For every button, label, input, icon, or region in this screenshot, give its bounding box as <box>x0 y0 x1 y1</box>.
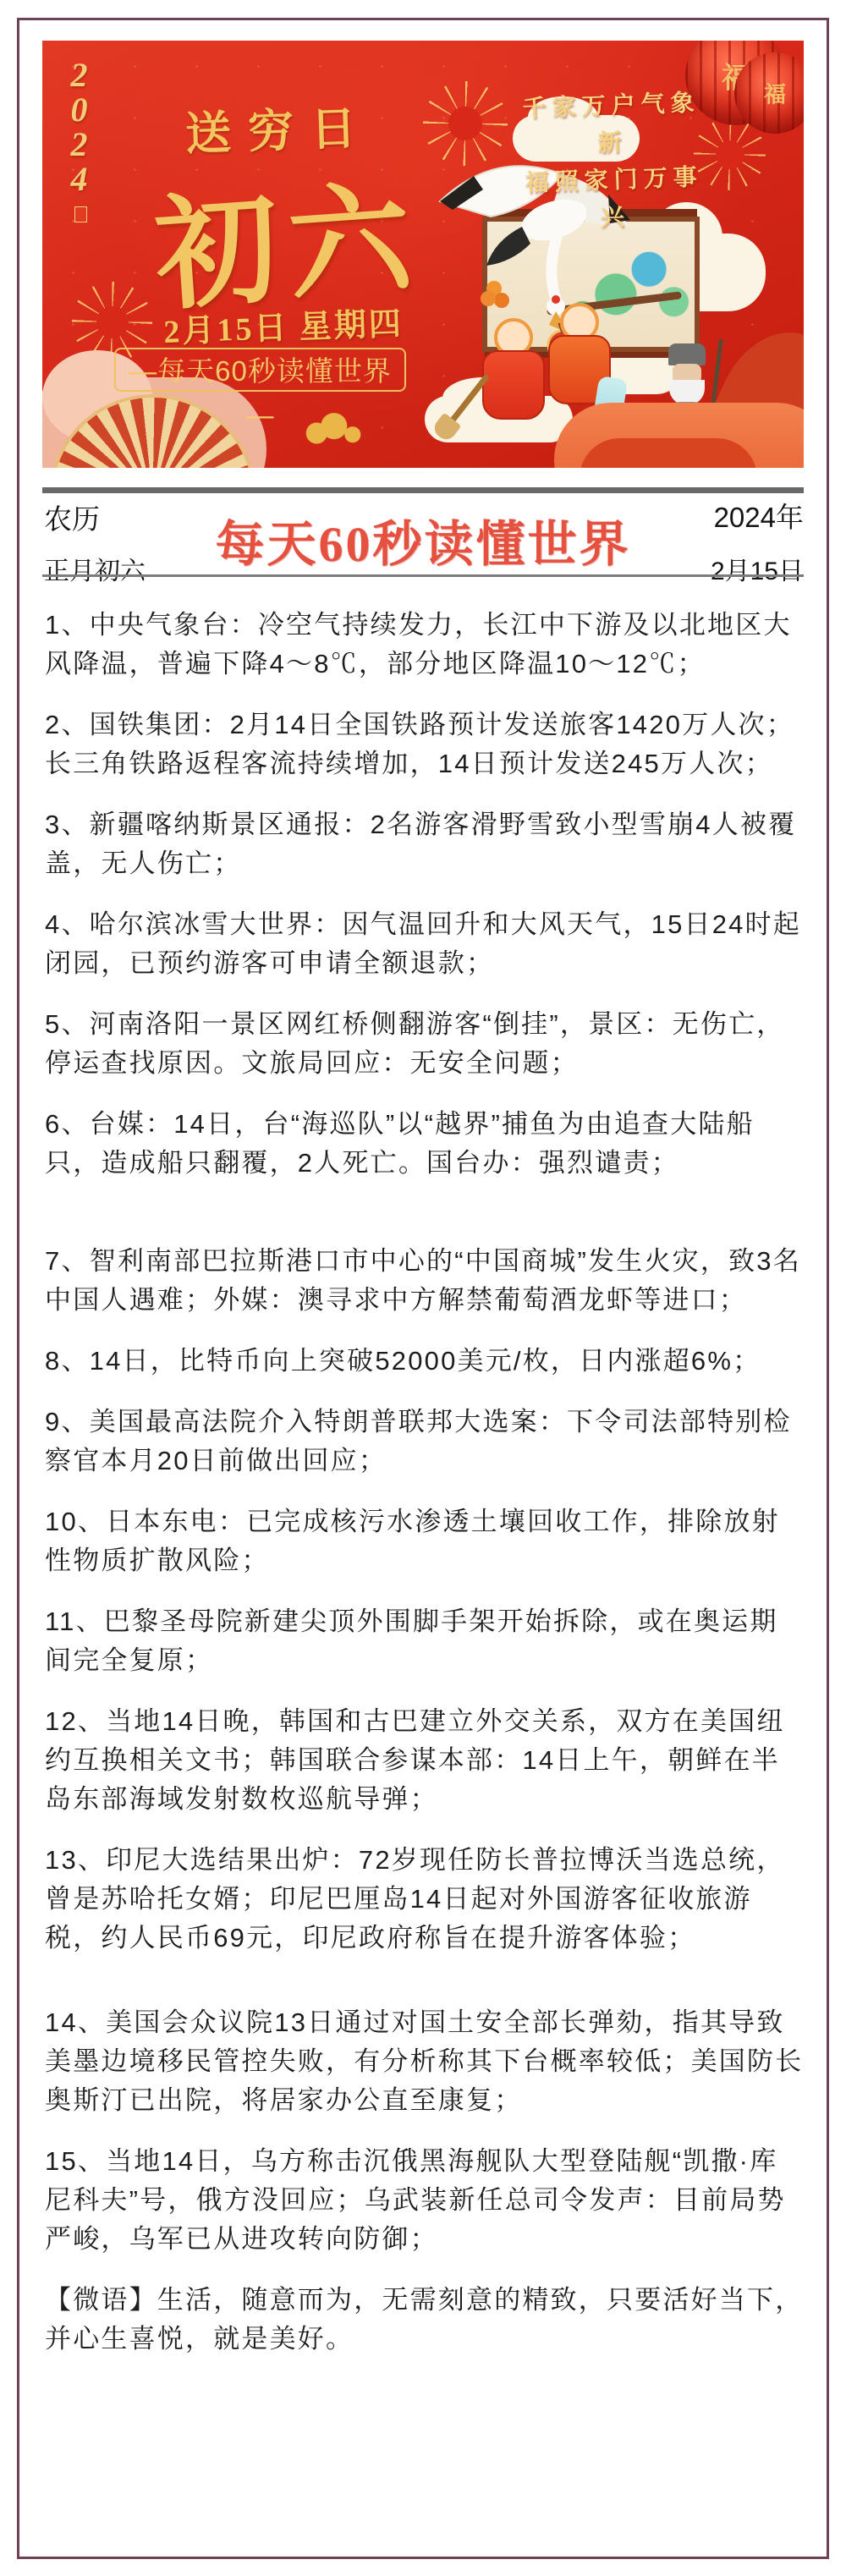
news-item-4: 4、哈尔滨冰雪大世界：因气温回升和大风天气，15日24时起闭园，已预约游客可申请… <box>45 905 804 983</box>
news-item-13: 13、印尼大选结果出炉：72岁现任防长普拉博沃当选总统，曾是苏哈托女婿；印尼巴厘… <box>45 1841 804 1958</box>
lantern-glyph: 福 <box>764 78 786 109</box>
news-item-6: 6、台媒：14日，台“海巡队”以“越界”捕鱼为由追查大陆船只，造成船只翻覆，2人… <box>45 1105 804 1183</box>
news-list: 1、中央气象台：冷空气持续发力，长江中下游及以北地区大风降温，普遍下降4～8℃，… <box>45 606 804 2381</box>
orange-cloud-decor <box>580 438 757 468</box>
news-item-3: 3、新疆喀纳斯景区通报：2名游客滑野雪致小型雪崩4人被覆盖，无人伤亡； <box>45 805 804 883</box>
news-item-10: 10、日本东电：已完成核污水渗透土壤回收工作，排除放射性物质扩散风险； <box>45 1502 804 1580</box>
banner-slogan-box: —每天60秒读懂世界— <box>114 348 406 392</box>
divider-thick <box>42 487 804 493</box>
news-item-15: 15、当地14日，乌方称击沉俄黑海舰队大型登陆舰“凯撒·库尼科夫”号，俄方没回应… <box>45 2142 804 2259</box>
banner-couplet: 千家万户气象新 福照家门万事兴 <box>514 85 713 240</box>
lunar-date: 正月初六 <box>44 550 146 587</box>
news-item-12: 12、当地14日晚，韩国和古巴建立外交关系，双方在美国纽约互换相关文书；韩国联合… <box>45 1702 804 1819</box>
weiyu-note: 【微语】生活，随意而为，无需刻意的精致，只要活好当下，并心生喜悦，就是美好。 <box>45 2281 804 2359</box>
oranges-illustration <box>481 291 496 306</box>
news-item-2: 2、国铁集团：2月14日全国铁路预计发送旅客1420万人次；长三角铁路返程客流持… <box>45 706 804 783</box>
news-item-8: 8、14日，比特币向上突破52000美元/枚，日内涨超6%； <box>45 1342 804 1381</box>
news-item-7: 7、智利南部巴拉斯港口市中心的“中国商城”发生火灾，致3名中国人遇难；外媒：澳寻… <box>45 1205 804 1320</box>
festival-banner: 福 福 2024 送穷日 初六 2月15日 星期四 —每天60秒读懂世界— 千家… <box>42 41 804 468</box>
news-item-9: 9、美国最高法院介入特朗普联邦大选案：下令司法部特别检察官本月20日前做出回应； <box>45 1403 804 1480</box>
lunar-calendar-label: 农历 <box>44 497 100 537</box>
couplet-line-1: 千家万户气象新 <box>514 85 711 166</box>
news-item-14: 14、美国会众议院13日通过对国土安全部长弹劾，指其导致美墨边境移民管控失败，有… <box>45 1980 804 2120</box>
year-label: 2024年 <box>714 496 804 536</box>
news-item-1: 1、中央气象台：冷空气持续发力，长江中下游及以北地区大风降温，普遍下降4～8℃，… <box>45 606 804 684</box>
couplet-line-2: 福照家门万事兴 <box>516 159 713 240</box>
divider-thin <box>42 574 804 577</box>
seal-icon <box>74 206 87 222</box>
gold-cloud-icon <box>299 411 363 447</box>
page-title: 每天60秒读懂世界 <box>215 504 630 575</box>
date-label: 2月15日 <box>711 550 804 587</box>
dragon-2024-calligraphy: 2024 <box>59 56 99 204</box>
child-illustration <box>481 318 547 420</box>
news-item-5: 5、河南洛阳一景区网红桥侧翻游客“倒挂”，景区：无伤亡，停运查找原因。文旅局回应… <box>45 1005 804 1083</box>
banner-date: 2月15日 星期四 <box>151 297 415 353</box>
news-item-11: 11、巴黎圣母院新建尖顶外围脚手架开始拆除，或在奥运期间完全复原； <box>45 1602 804 1680</box>
